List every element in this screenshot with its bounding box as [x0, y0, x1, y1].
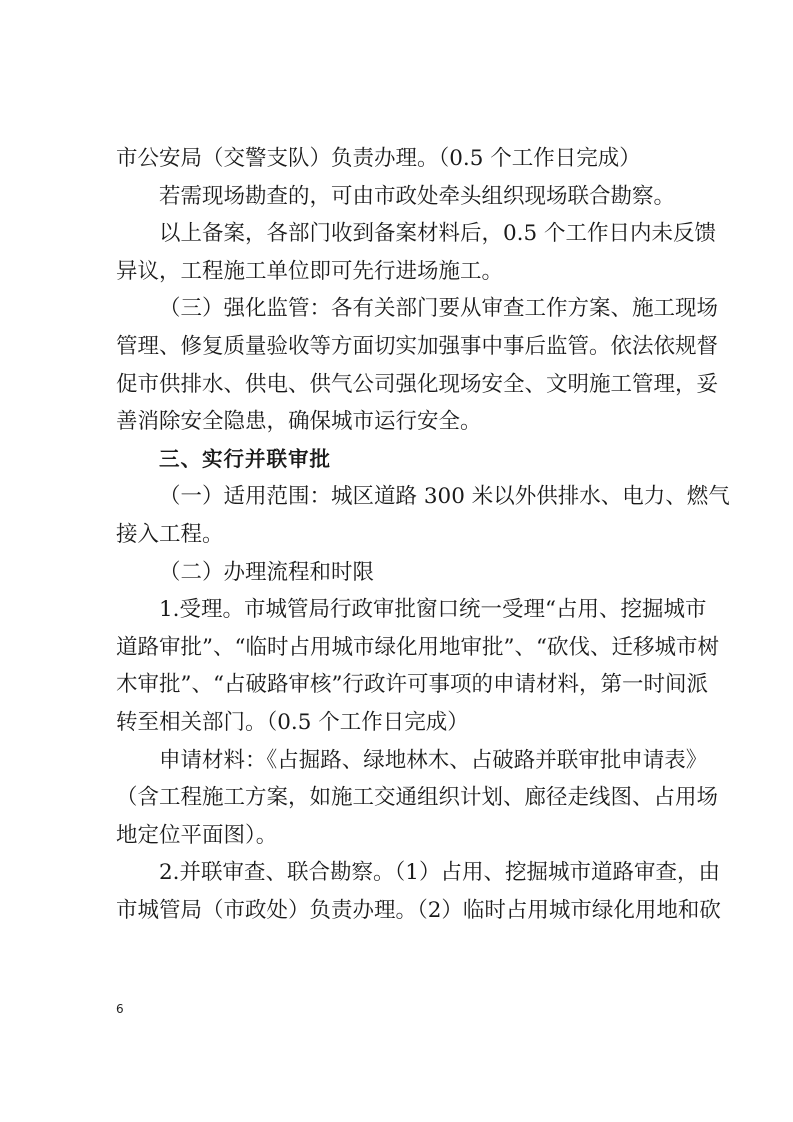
paragraph-line: 管理、修复质量验收等方面切实加强事中事后监管。依法依规督 [116, 328, 702, 366]
paragraph-line: 促市供排水、供电、供气公司强化现场安全、文明施工管理，妥 [116, 366, 702, 404]
paragraph-line: 若需现场勘查的，可由市政处牵头组织现场联合勘察。 [116, 178, 702, 216]
paragraph-line: 异议，工程施工单位即可先行进场施工。 [116, 253, 702, 291]
page-number: 6 [116, 1002, 124, 1016]
subsection-heading-process: （二）办理流程和时限 [116, 554, 702, 592]
paragraph-line: 地定位平面图）。 [116, 817, 702, 855]
paragraph-line: 善消除安全隐患，确保城市运行安全。 [116, 403, 702, 441]
paragraph-line: 转至相关部门。（0.5 个工作日完成） [116, 704, 702, 742]
paragraph-line: 申请材料：《占掘路、绿地林木、占破路并联审批申请表》 [116, 742, 702, 780]
paragraph-line: 市公安局（交警支队）负责办理。（0.5 个工作日完成） [116, 140, 702, 178]
paragraph-line: 2.并联审查、联合勘察。（1）占用、挖掘城市道路审查，由 [116, 854, 702, 892]
paragraph-line: 以上备案，各部门收到备案材料后，0.5 个工作日内未反馈 [116, 215, 702, 253]
document-page: 市公安局（交警支队）负责办理。（0.5 个工作日完成） 若需现场勘查的，可由市政… [116, 140, 702, 929]
paragraph-line: 市城管局（市政处）负责办理。（2）临时占用城市绿化用地和砍 [116, 892, 702, 930]
section-heading: 三、实行并联审批 [116, 441, 702, 479]
paragraph-line: 木审批”、“占破路审核”行政许可事项的申请材料，第一时间派 [116, 666, 702, 704]
paragraph-line: 接入工程。 [116, 516, 702, 554]
paragraph-line: 1.受理。市城管局行政审批窗口统一受理“占用、挖掘城市 [116, 591, 702, 629]
paragraph-line: （含工程施工方案，如施工交通组织计划、廊径走线图、占用场 [116, 779, 702, 817]
paragraph-line-scope: （一）适用范围：城区道路 300 米以外供排水、电力、燃气 [116, 478, 702, 516]
paragraph-line: 道路审批”、“临时占用城市绿化用地审批”、“砍伐、迁移城市树 [116, 629, 702, 667]
paragraph-line-supervision: （三）强化监管：各有关部门要从审查工作方案、施工现场 [116, 290, 702, 328]
